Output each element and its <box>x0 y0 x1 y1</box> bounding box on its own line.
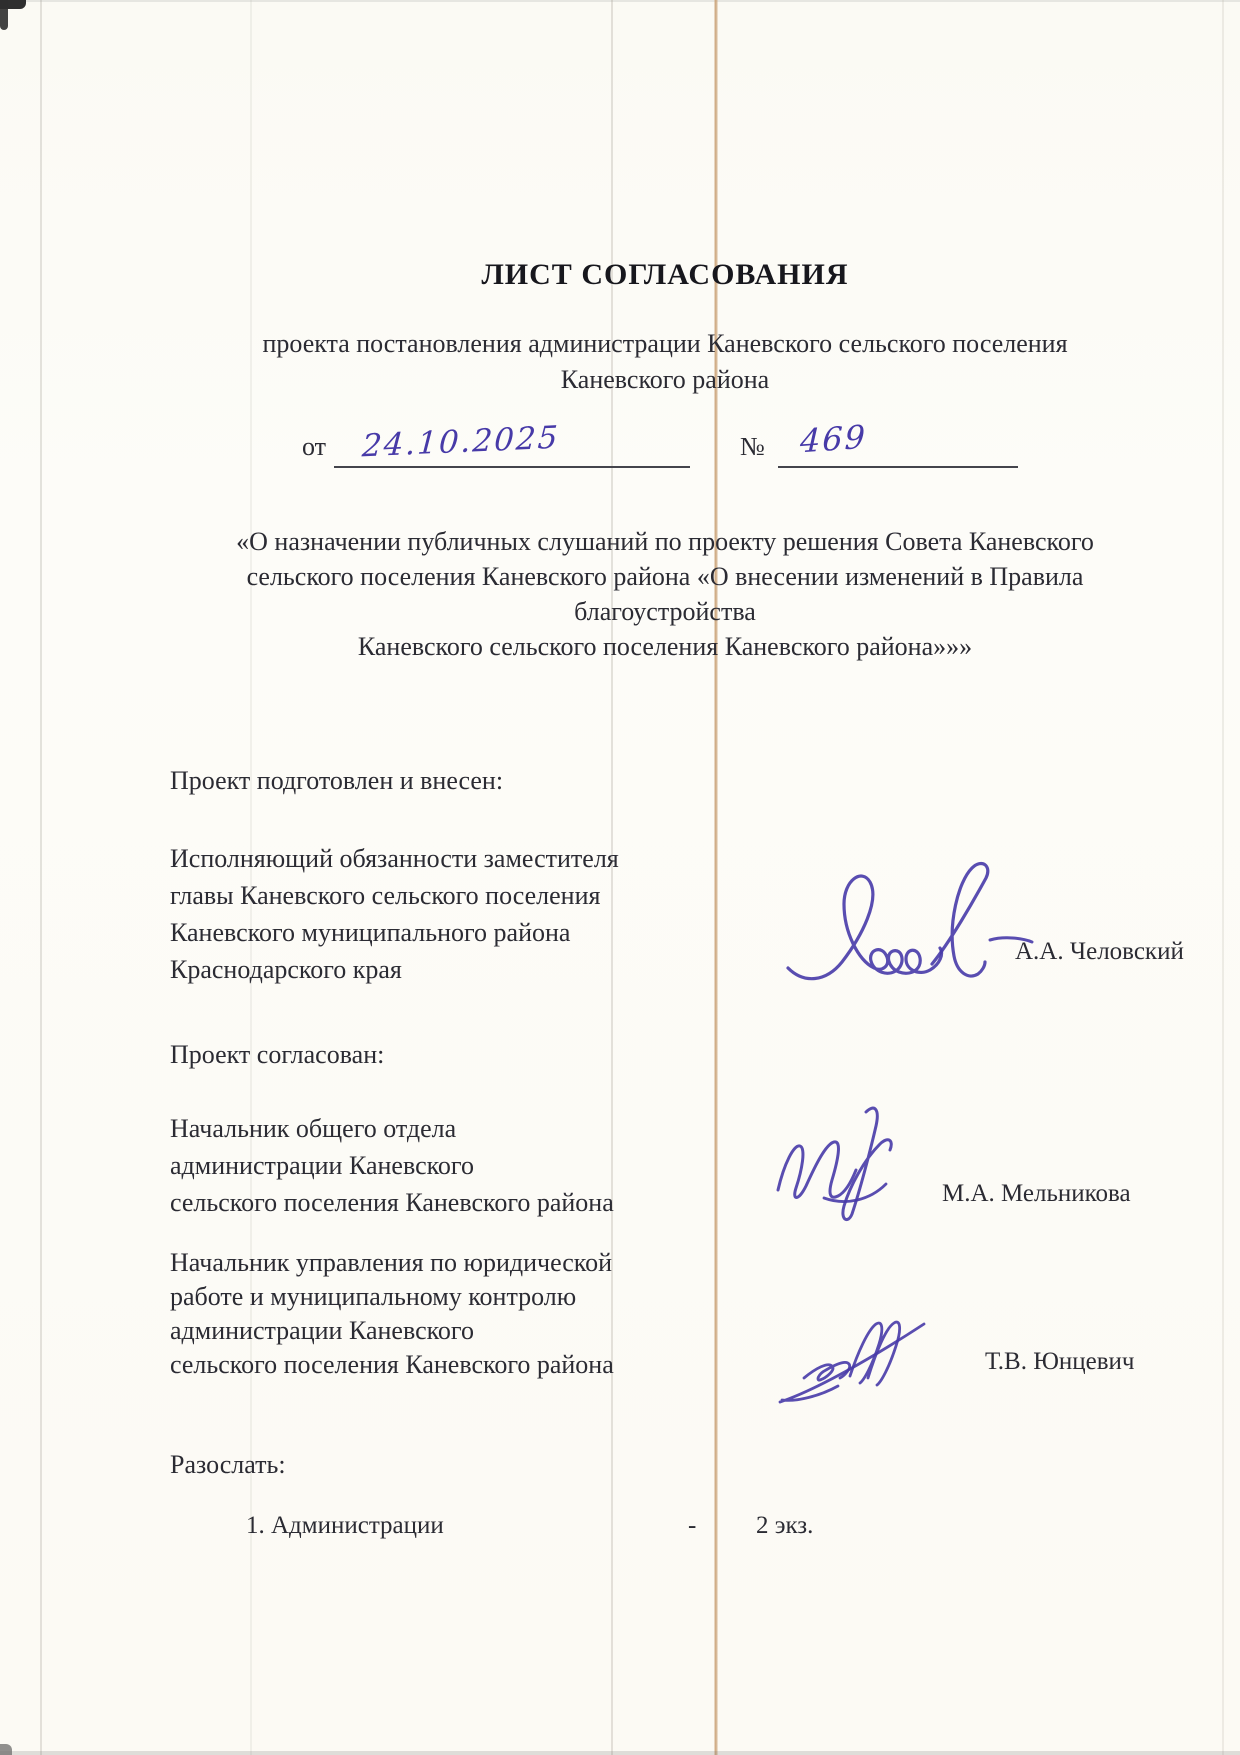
agreed-2-position: Начальник управления по юридической рабо… <box>170 1246 750 1382</box>
distribution-item-separator: - <box>688 1512 696 1540</box>
agreed-1-position-line-1: Начальник общего отдела <box>170 1110 730 1147</box>
number-label: № <box>740 432 765 462</box>
prepared-signer-name: А.А. Человский <box>1015 938 1184 966</box>
agreed-1-position: Начальник общего отдела администрации Ка… <box>170 1110 730 1221</box>
agreed-1-position-line-3: сельского поселения Каневского района <box>170 1184 730 1221</box>
agreed-1-position-line-2: администрации Каневского <box>170 1147 730 1184</box>
scan-edge-bottom <box>0 1751 1240 1755</box>
signature-yuntsevich <box>776 1316 941 1406</box>
agreed-2-position-line-1: Начальник управления по юридической <box>170 1246 750 1280</box>
scan-corner-mark-top-left-2 <box>0 0 8 30</box>
subtitle-line-2: Каневского района <box>85 362 1240 398</box>
agreed-2-position-line-3: администрации Каневского <box>170 1314 750 1348</box>
subject-line-2: сельского поселения Каневского района «О… <box>85 559 1240 594</box>
signature-melnikova <box>770 1098 932 1226</box>
subtitle-line-1: проекта постановления администрации Кане… <box>85 326 1240 362</box>
prepared-position: Исполняющий обязанности заместителя глав… <box>170 840 730 988</box>
handwritten-date: 24.10.2025 <box>361 420 561 465</box>
subject-line-3: благоустройства <box>85 594 1240 629</box>
scanned-approval-sheet: ЛИСТ СОГЛАСОВАНИЯ проекта постановления … <box>0 0 1240 1755</box>
date-underline <box>334 466 690 468</box>
scan-crease-left <box>40 0 42 1755</box>
agreed-2-signer-name: Т.В. Юнцевич <box>985 1348 1135 1376</box>
prepared-position-line-4: Краснодарского края <box>170 951 730 988</box>
distribution-item-copies: 2 экз. <box>756 1512 813 1540</box>
scan-edge-top <box>0 0 1240 2</box>
document-title: ЛИСТ СОГЛАСОВАНИЯ <box>85 258 1240 292</box>
subject-line-1: «О назначении публичных слушаний по прое… <box>85 524 1240 559</box>
prepared-heading: Проект подготовлен и внесен: <box>170 766 503 796</box>
document-subject: «О назначении публичных слушаний по прое… <box>85 524 1240 664</box>
number-underline <box>778 466 1018 468</box>
subject-line-4: Каневского сельского поселения Каневског… <box>85 629 1240 664</box>
prepared-position-line-1: Исполняющий обязанности заместителя <box>170 840 730 877</box>
document-subtitle: проекта постановления администрации Кане… <box>85 326 1240 398</box>
prepared-position-line-2: главы Каневского сельского поселения <box>170 877 730 914</box>
distribution-item-label: 1. Администрации <box>246 1512 444 1540</box>
agreed-2-position-line-2: работе и муниципальному контролю <box>170 1280 750 1314</box>
handwritten-number: 469 <box>799 418 867 461</box>
distribution-heading: Разослать: <box>170 1450 286 1480</box>
signature-chelovskiy <box>782 856 1037 1000</box>
agreed-heading: Проект согласован: <box>170 1040 384 1070</box>
prepared-position-line-3: Каневского муниципального района <box>170 914 730 951</box>
date-label: от <box>302 432 326 462</box>
agreed-1-signer-name: М.А. Мельникова <box>942 1180 1131 1208</box>
agreed-2-position-line-4: сельского поселения Каневского района <box>170 1348 750 1382</box>
